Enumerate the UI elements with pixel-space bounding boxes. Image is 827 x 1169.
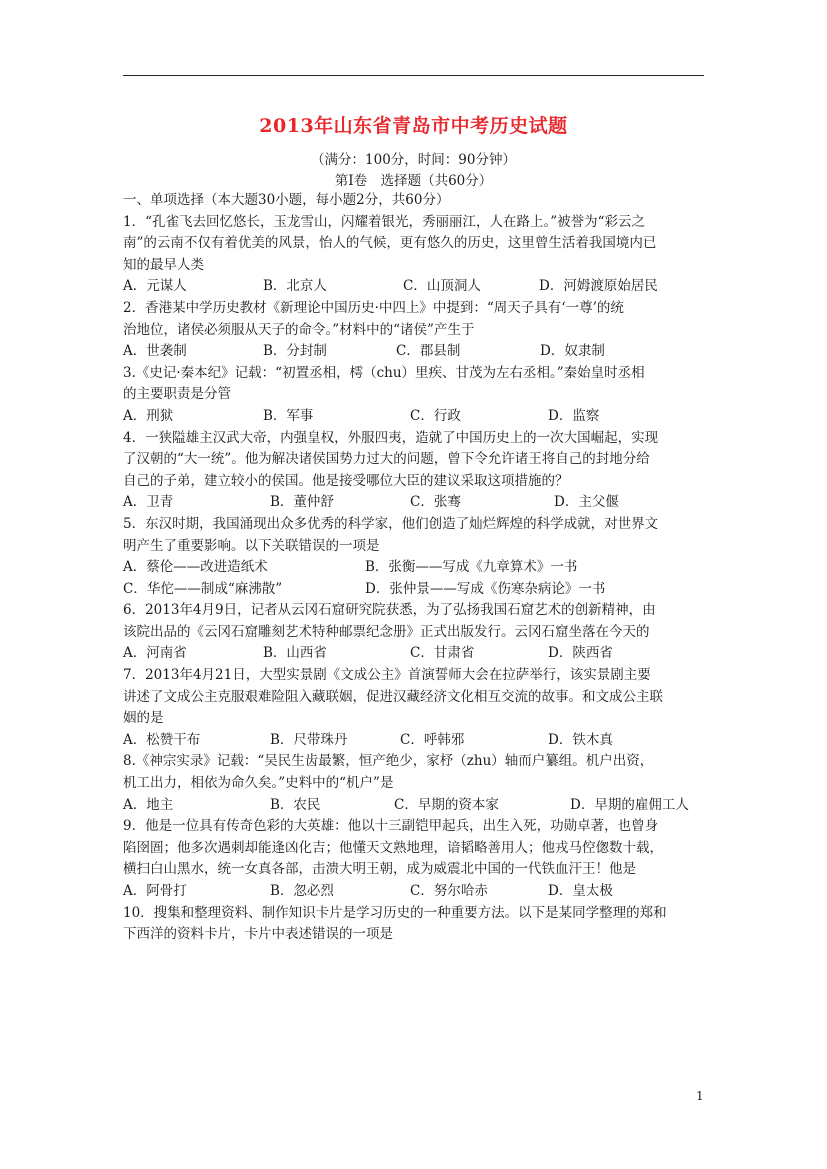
volume-heading: 第Ⅰ卷 选择题（共60分） <box>0 169 827 189</box>
exam-title: 2013年山东省青岛市中考历史试题 <box>0 111 827 138</box>
question-text: 陷囹圄；他多次遇刺却能逢凶化吉；他懂天文熟地理，谙韬略善用人；他戎马倥偬数十载， <box>123 838 706 860</box>
option-b: B．分封制 <box>263 341 396 363</box>
question-text: 治地位，诸侯必须服从天子的命令。”材料中的“诸侯”产生于 <box>123 320 706 342</box>
options-row: A．河南省 B．山西省 C．甘肃省 D．陕西省 <box>123 643 706 665</box>
question-text: 明产生了重要影响。以下关联错误的一项是 <box>123 536 706 558</box>
page-number: 1 <box>696 1089 704 1103</box>
option-b: B．山西省 <box>263 643 410 665</box>
option-c: C．华佗——制成“麻沸散” <box>123 579 365 601</box>
option-c: C．行政 <box>410 406 548 428</box>
document-body: 一、单项选择（本大题30小题，每小题2分，共60分） 1．“孔雀飞去回忆悠长，玉… <box>123 190 706 946</box>
option-d: D．主父偃 <box>554 492 619 514</box>
option-b: B．农民 <box>270 795 394 817</box>
exam-subtitle: （满分：100分，时间：90分钟） <box>0 148 827 168</box>
option-b: B．董仲舒 <box>270 492 410 514</box>
option-a: A．刑狱 <box>123 406 263 428</box>
option-b: B．军事 <box>263 406 410 428</box>
options-row: A．元谋人 B．北京人 C．山顶洞人 D．河姆渡原始居民 <box>123 276 706 298</box>
question-9: 9．他是一位具有传奇色彩的大英雄：他以十三副铠甲起兵，出生入死，功勋卓著，也曾身… <box>123 816 706 902</box>
option-d: D．河姆渡原始居民 <box>539 276 658 298</box>
question-text: 6．2013年4月9日，记者从云冈石窟研究院获悉，为了弘扬我国石窟艺术的创新精神… <box>123 600 706 622</box>
section-heading: 一、单项选择（本大题30小题，每小题2分，共60分） <box>123 190 706 212</box>
options-row: A．地主 B．农民 C．早期的资本家 D．早期的雇佣工人 <box>123 795 706 817</box>
question-text: 讲述了文成公主克服艰难险阻入藏联姻，促进汉藏经济文化相互交流的故事。和文成公主联 <box>123 687 706 709</box>
options-row: A．刑狱 B．军事 C．行政 D．监察 <box>123 406 706 428</box>
question-5: 5．东汉时期，我国涌现出众多优秀的科学家，他们创造了灿烂辉煌的科学成就，对世界文… <box>123 514 706 600</box>
option-a: A．河南省 <box>123 643 263 665</box>
option-b: B．忽必烈 <box>270 881 410 903</box>
question-7: 7．2013年4月21日，大型实景剧《文成公主》首演誓师大会在拉萨举行，该实景剧… <box>123 665 706 751</box>
option-a: A．蔡伦——改进造纸术 <box>123 557 365 579</box>
question-text: 2．香港某中学历史教材《新理论中国历史·中四上》中提到：“周天子具有‘一尊’的统 <box>123 298 706 320</box>
question-text: 9．他是一位具有传奇色彩的大英雄：他以十三副铠甲起兵，出生入死，功勋卓著，也曾身 <box>123 816 706 838</box>
question-4: 4．一狭隘雄主汉武大帝，内强皇权，外服四夷，造就了中国历史上的一次大国崛起，实现… <box>123 428 706 514</box>
question-text: 下西洋的资料卡片，卡片中表述错误的一项是 <box>123 924 706 946</box>
option-d: D．奴隶制 <box>540 341 605 363</box>
option-d: D．早期的雇佣工人 <box>570 795 689 817</box>
question-text: 该院出品的《云冈石窟雕刻艺术特种邮票纪念册》正式出版发行。云冈石窟坐落在今天的 <box>123 622 706 644</box>
option-c: C．甘肃省 <box>410 643 548 665</box>
question-text: 了汉朝的“大一统”。他为解决诸侯国势力过大的问题，曾下令允许诸王将自己的封地分给 <box>123 449 706 471</box>
question-text: 自己的子弟，建立较小的侯国。他是接受哪位大臣的建议采取这项措施的？ <box>123 471 706 493</box>
top-rule <box>123 75 704 76</box>
option-b: B．张衡——写成《九章算术》一书 <box>365 557 577 579</box>
option-d: D．张仲景——写成《伤寒杂病论》一书 <box>365 579 605 601</box>
question-text: 10．搜集和整理资料、制作知识卡片是学习历史的一种重要方法。以下是某同学整理的郑… <box>123 903 706 925</box>
question-text: 3.《史记·秦本纪》记载：“初置丞相，樗（chu）里疾、甘茂为左右丞相。”秦始皇… <box>123 363 706 385</box>
option-c: C．张骞 <box>410 492 554 514</box>
question-text: 7．2013年4月21日，大型实景剧《文成公主》首演誓师大会在拉萨举行，该实景剧… <box>123 665 706 687</box>
options-row: A．阿骨打 B．忽必烈 C．努尔哈赤 D．皇太极 <box>123 881 706 903</box>
option-d: D．监察 <box>548 406 599 428</box>
question-3: 3.《史记·秦本纪》记载：“初置丞相，樗（chu）里疾、甘茂为左右丞相。”秦始皇… <box>123 363 706 428</box>
question-text: 南”的云南不仅有着优美的风景，怡人的气候，更有悠久的历史，这里曾生活着我国境内已 <box>123 233 706 255</box>
question-text: 4．一狭隘雄主汉武大帝，内强皇权，外服四夷，造就了中国历史上的一次大国崛起，实现 <box>123 428 706 450</box>
option-c: C．郡县制 <box>396 341 540 363</box>
option-b: B．北京人 <box>263 276 403 298</box>
option-a: A．世袭制 <box>123 341 263 363</box>
question-text: 横扫白山黑水，统一女真各部，击溃大明王朝，成为威震北中国的一代铁血汗王！他是 <box>123 859 706 881</box>
question-text: 5．东汉时期，我国涌现出众多优秀的科学家，他们创造了灿烂辉煌的科学成就，对世界文 <box>123 514 706 536</box>
option-c: C．早期的资本家 <box>394 795 570 817</box>
question-text: 姻的是 <box>123 708 706 730</box>
option-d: D．皇太极 <box>548 881 613 903</box>
option-a: A．阿骨打 <box>123 881 270 903</box>
option-c: C．山顶洞人 <box>403 276 539 298</box>
option-c: C．努尔哈赤 <box>410 881 548 903</box>
question-text: 知的最早人类 <box>123 255 706 277</box>
option-a: A．地主 <box>123 795 270 817</box>
question-8: 8.《神宗实录》记载：“吴民生齿最繁，恒产绝少，家杼（zhu）轴而户纂组。机户出… <box>123 751 706 816</box>
question-text: 的主要职责是分管 <box>123 384 706 406</box>
question-text: 机工出力，相依为命久矣。”史料中的“机户”是 <box>123 773 706 795</box>
option-a: A．松赞干布 <box>123 730 270 752</box>
question-6: 6．2013年4月9日，记者从云冈石窟研究院获悉，为了弘扬我国石窟艺术的创新精神… <box>123 600 706 665</box>
options-row: C．华佗——制成“麻沸散” D．张仲景——写成《伤寒杂病论》一书 <box>123 579 706 601</box>
question-text: 8.《神宗实录》记载：“吴民生齿最繁，恒产绝少，家杼（zhu）轴而户纂组。机户出… <box>123 751 706 773</box>
options-row: A．松赞干布 B．尺带珠丹 C．呼韩邪 D．铁木真 <box>123 730 706 752</box>
question-1: 1．“孔雀飞去回忆悠长，玉龙雪山，闪耀着银光，秀丽丽江，人在路上。”被誉为“彩云… <box>123 212 706 298</box>
question-2: 2．香港某中学历史教材《新理论中国历史·中四上》中提到：“周天子具有‘一尊’的统… <box>123 298 706 363</box>
option-a: A．卫青 <box>123 492 270 514</box>
options-row: A．卫青 B．董仲舒 C．张骞 D．主父偃 <box>123 492 706 514</box>
option-a: A．元谋人 <box>123 276 263 298</box>
option-c: C．呼韩邪 <box>400 730 548 752</box>
question-text: 1．“孔雀飞去回忆悠长，玉龙雪山，闪耀着银光，秀丽丽江，人在路上。”被誉为“彩云… <box>123 212 706 234</box>
option-b: B．尺带珠丹 <box>270 730 400 752</box>
options-row: A．世袭制 B．分封制 C．郡县制 D．奴隶制 <box>123 341 706 363</box>
options-row: A．蔡伦——改进造纸术 B．张衡——写成《九章算术》一书 <box>123 557 706 579</box>
option-d: D．陕西省 <box>548 643 613 665</box>
option-d: D．铁木真 <box>548 730 613 752</box>
question-10: 10．搜集和整理资料、制作知识卡片是学习历史的一种重要方法。以下是某同学整理的郑… <box>123 903 706 946</box>
